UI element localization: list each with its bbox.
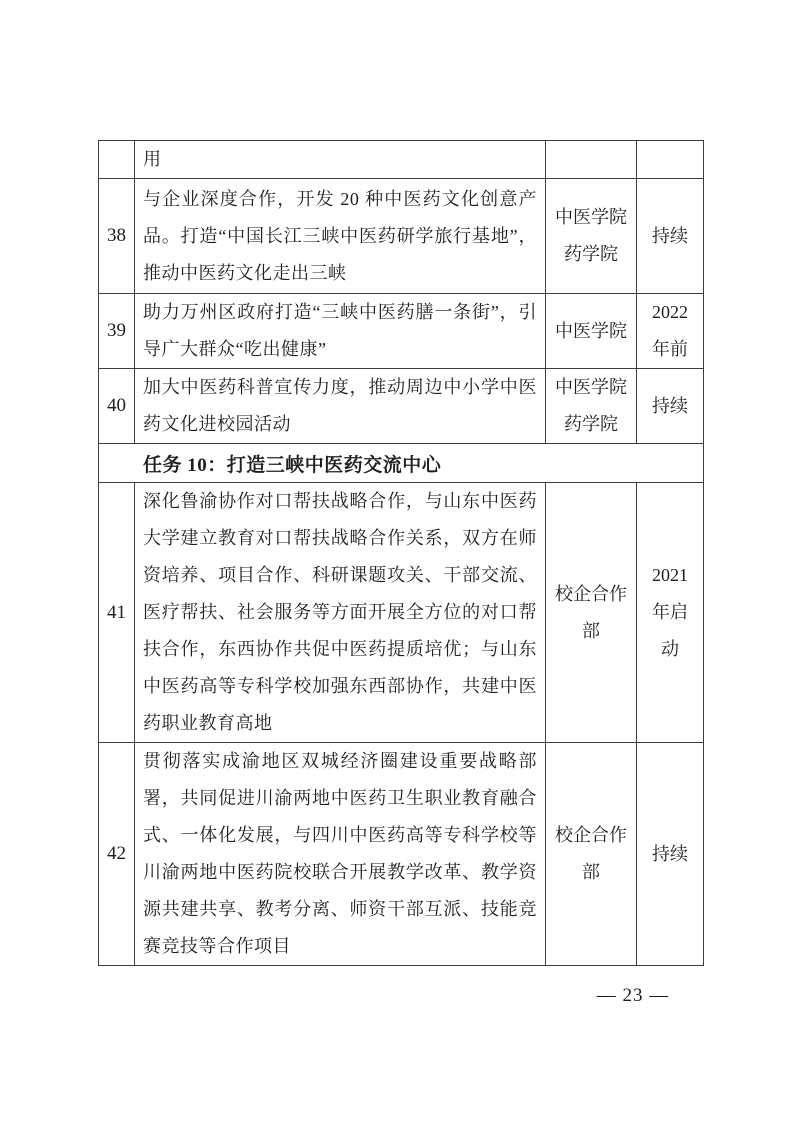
department-line: 中医学院 <box>548 199 634 236</box>
responsible-department: 中医学院 <box>546 294 637 369</box>
schedule-line: 年前 <box>639 331 701 368</box>
schedule: 2021年启动 <box>637 483 704 743</box>
table-row: 42贯彻落实成渝地区双城经济圈建设重要战略部署，共同促进川渝两地中医药卫生职业教… <box>99 743 704 966</box>
table-row: 39助力万州区政府打造“三峡中医药膳一条街”，引导广大群众“吃出健康”中医学院2… <box>99 294 704 369</box>
row-number <box>99 141 135 179</box>
task-description: 助力万州区政府打造“三峡中医药膳一条街”，引导广大群众“吃出健康” <box>135 294 546 369</box>
table-row: 用 <box>99 141 704 179</box>
task-description: 用 <box>135 141 546 179</box>
schedule-line: 持续 <box>639 836 701 873</box>
table-row: 38与企业深度合作，开发 20 种中医药文化创意产品。打造“中国长江三峡中医药研… <box>99 179 704 294</box>
table-row: 41深化鲁渝协作对口帮扶战略合作，与山东中医药大学建立教育对口帮扶战略合作关系，… <box>99 483 704 743</box>
schedule-line: 持续 <box>639 388 701 425</box>
table-row: 40加大中医药科普宣传力度，推动周边中小学中医药文化进校园活动中医学院药学院持续 <box>99 369 704 444</box>
task-description: 加大中医药科普宣传力度，推动周边中小学中医药文化进校园活动 <box>135 369 546 444</box>
department-line: 中医学院 <box>548 313 634 350</box>
department-line: 校企合作 <box>548 576 634 613</box>
department-line: 部 <box>548 613 634 650</box>
responsible-department: 校企合作部 <box>546 483 637 743</box>
section-title: 任务 10：打造三峡中医药交流中心 <box>99 444 704 483</box>
schedule-line: 持续 <box>639 218 701 255</box>
responsible-department <box>546 141 637 179</box>
schedule-line: 2021 <box>639 557 701 594</box>
schedule: 2022年前 <box>637 294 704 369</box>
page-number: — 23 — <box>588 985 678 1007</box>
department-line: 药学院 <box>548 406 634 443</box>
responsible-department: 校企合作部 <box>546 743 637 966</box>
row-number: 39 <box>99 294 135 369</box>
schedule: 持续 <box>637 179 704 294</box>
task-description: 贯彻落实成渝地区双城经济圈建设重要战略部署，共同促进川渝两地中医药卫生职业教育融… <box>135 743 546 966</box>
schedule-line: 年启 <box>639 594 701 631</box>
task-description: 深化鲁渝协作对口帮扶战略合作，与山东中医药大学建立教育对口帮扶战略合作关系，双方… <box>135 483 546 743</box>
section-header-row: 任务 10：打造三峡中医药交流中心 <box>99 444 704 483</box>
task-description: 与企业深度合作，开发 20 种中医药文化创意产品。打造“中国长江三峡中医药研学旅… <box>135 179 546 294</box>
row-number: 40 <box>99 369 135 444</box>
schedule-line: 2022 <box>639 294 701 331</box>
department-line: 药学院 <box>548 236 634 273</box>
row-number: 42 <box>99 743 135 966</box>
schedule: 持续 <box>637 369 704 444</box>
department-line: 部 <box>548 854 634 891</box>
department-line: 中医学院 <box>548 369 634 406</box>
responsible-department: 中医学院药学院 <box>546 179 637 294</box>
task-table-body: 用38与企业深度合作，开发 20 种中医药文化创意产品。打造“中国长江三峡中医药… <box>99 141 704 966</box>
schedule-line: 动 <box>639 631 701 668</box>
row-number: 41 <box>99 483 135 743</box>
row-number: 38 <box>99 179 135 294</box>
department-line: 校企合作 <box>548 817 634 854</box>
schedule <box>637 141 704 179</box>
responsible-department: 中医学院药学院 <box>546 369 637 444</box>
schedule: 持续 <box>637 743 704 966</box>
document-page: 用38与企业深度合作，开发 20 种中医药文化创意产品。打造“中国长江三峡中医药… <box>0 0 794 1123</box>
task-table: 用38与企业深度合作，开发 20 种中医药文化创意产品。打造“中国长江三峡中医药… <box>98 140 704 966</box>
